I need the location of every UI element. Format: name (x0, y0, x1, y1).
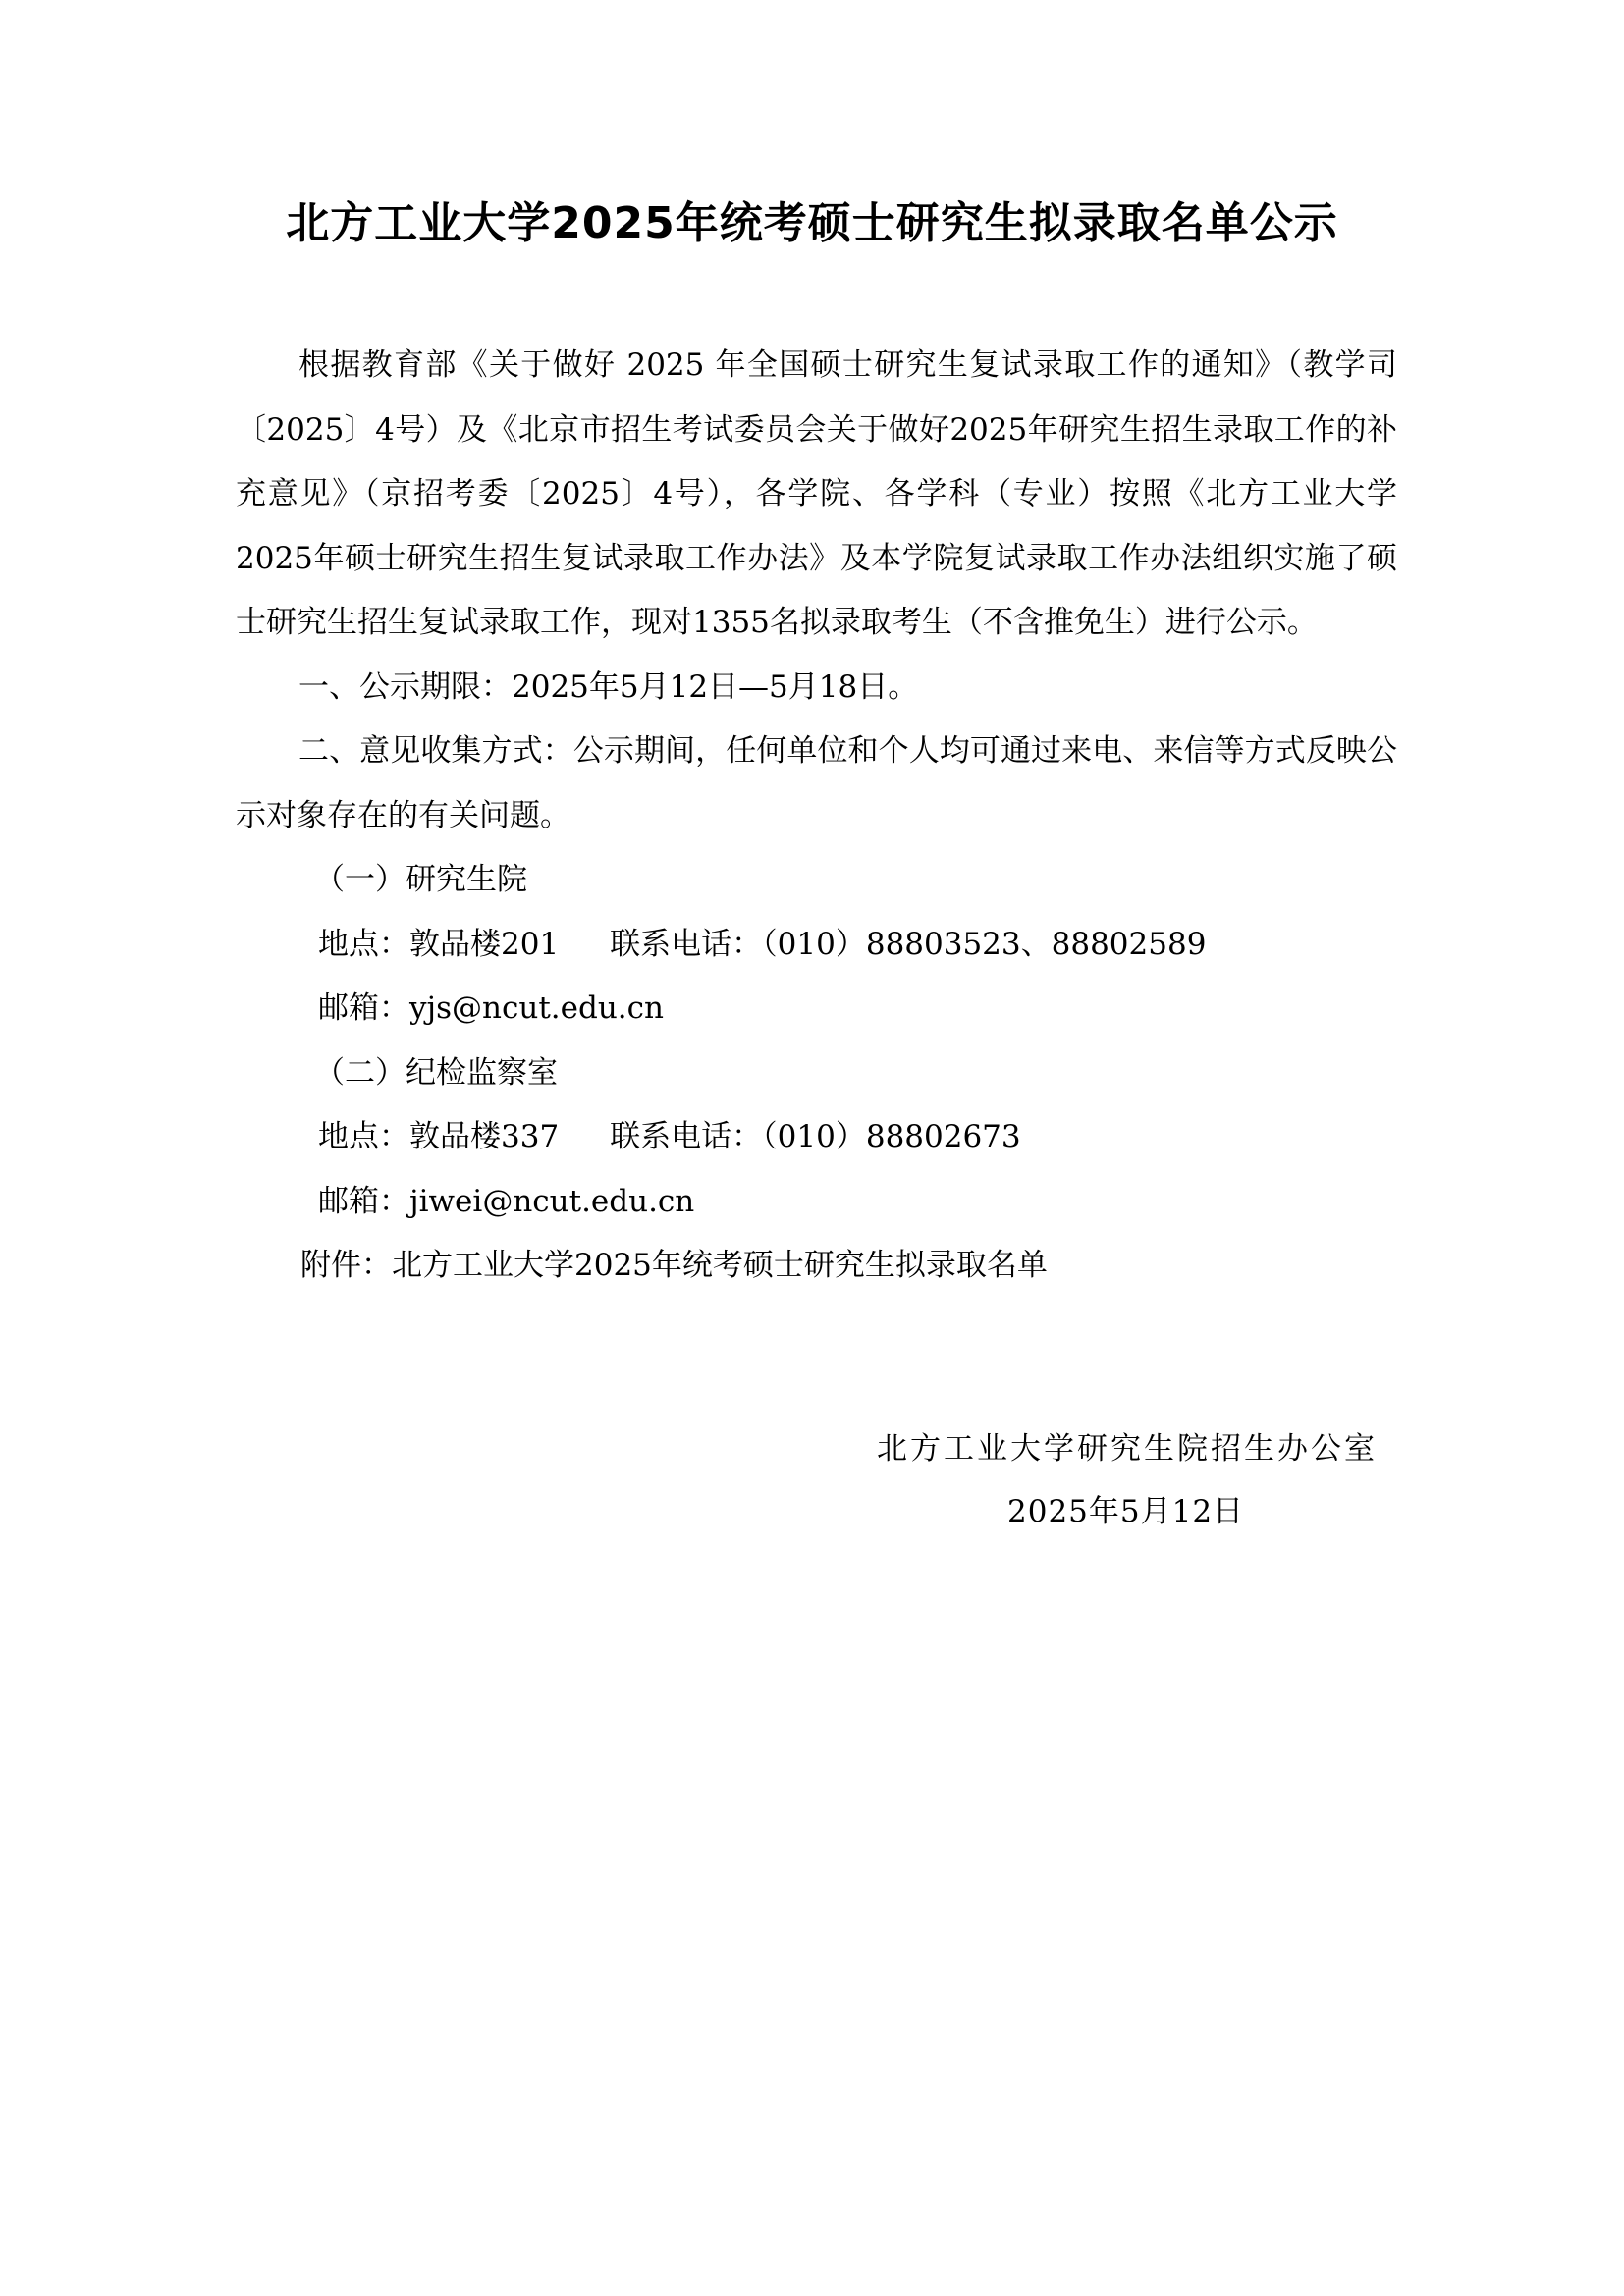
document-body: 根据教育部《关于做好 2025 年全国硕士研究生复试录取工作的通知》（教学司〔2… (236, 334, 1397, 1299)
contact-phone: 联系电话：（010）88803523、88802589 (610, 927, 1206, 962)
contact-email-graduate-school: 邮箱：yjs@ncut.edu.cn (236, 977, 1397, 1041)
publicity-period: 一、公示期限：2025年5月12日—5月18日。 (236, 656, 1397, 721)
contact-phone: 联系电话：（010）88802673 (610, 1119, 1020, 1154)
contact-heading-graduate-school: （一）研究生院 (236, 848, 1397, 913)
signature-organization: 北方工业大学研究生院招生办公室 (877, 1417, 1378, 1481)
contact-location: 地点：敦品楼337 (318, 1119, 559, 1154)
contact-line-discipline-office: 地点：敦品楼337联系电话：（010）88802673 (236, 1105, 1397, 1170)
contact-location: 地点：敦品楼201 (318, 927, 559, 962)
feedback-method: 二、意见收集方式：公示期间，任何单位和个人均可通过来电、来信等方式反映公示对象存… (236, 720, 1397, 848)
contact-email-discipline-office: 邮箱：jiwei@ncut.edu.cn (236, 1170, 1397, 1235)
contact-line-graduate-school: 地点：敦品楼201联系电话：（010）88803523、88802589 (236, 913, 1397, 978)
document-page: 北方工业大学2025年统考硕士研究生拟录取名单公示 根据教育部《关于做好 202… (0, 0, 1624, 2296)
attachment-note: 附件：北方工业大学2025年统考硕士研究生拟录取名单 (236, 1234, 1397, 1299)
document-title: 北方工业大学2025年统考硕士研究生拟录取名单公示 (0, 192, 1624, 255)
intro-paragraph: 根据教育部《关于做好 2025 年全国硕士研究生复试录取工作的通知》（教学司〔2… (236, 334, 1397, 656)
contact-heading-discipline-office: （二）纪检监察室 (236, 1041, 1397, 1106)
signature-date: 2025年5月12日 (1007, 1480, 1244, 1544)
